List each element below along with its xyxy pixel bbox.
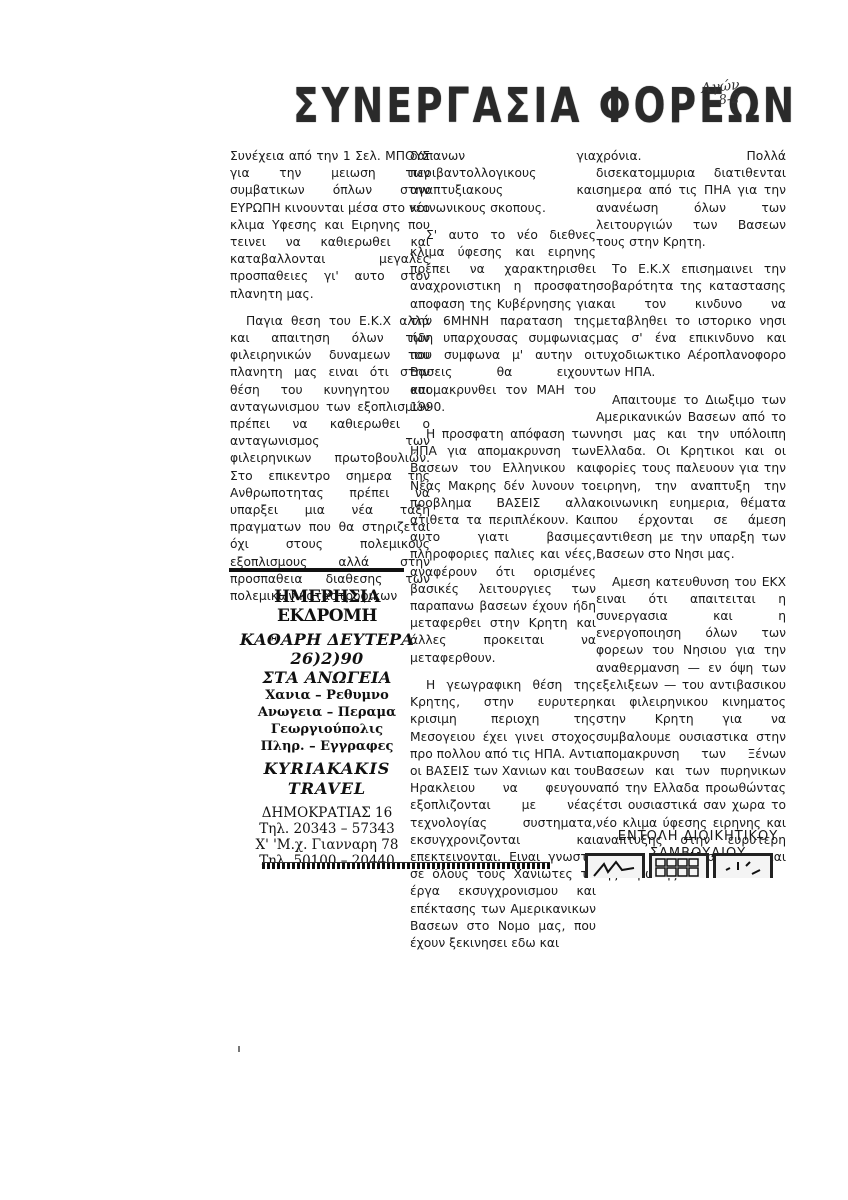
article-paragraph: δαπανων για περιβαντολλογικους αναπτυξια… (410, 148, 596, 217)
ad-address-1: ΔΗΜΟΚΡΑΤΙΑΣ 16 (232, 805, 422, 821)
handwritten-note: Αγών 8-2 (701, 78, 742, 110)
article-column-2: δαπανων για περιβαντολλογικους αναπτυξια… (410, 148, 596, 962)
article-paragraph: Η γεωγραφικη θέση της Κρητης, στην ευρυτ… (410, 677, 596, 952)
article-paragraph: Απαιτουμε το Διωξιμο των Αμερικανικών Βα… (596, 392, 786, 564)
ad-company-line-1: KYRIAKAKIS (232, 759, 422, 779)
ad-company-line-2: TRAVEL (232, 779, 422, 799)
ad-route-line-3: Γεωργιούπολις (232, 721, 422, 738)
signoff-line-1: ΕΝΤΟΛΗ ΔΙΟΙΚΗΤΙΚΟΥ (608, 828, 788, 845)
excursion-advertisement: ΗΜΕΡΗΣΙΑ ΕΚΔΡΟΜΗ ΚΑΘΑΡΗ ΔΕΥΤΕΡΑ 26)2)90 … (232, 588, 422, 869)
column-divider-rule (229, 568, 404, 572)
article-paragraph: Σ' αυτο το νέο διεθνες κλιμα ύφεσης και … (410, 227, 596, 416)
ad-title-line-1: ΗΜΕΡΗΣΙΑ (232, 588, 422, 607)
decorative-wavy-rule (262, 862, 550, 869)
ad-route-line-1: Χανια – Ρεθυμνο (232, 687, 422, 704)
page-headline: ΣΥΝΕΡΓΑΣΙΑ ΦΟΡΕΩΝ (293, 76, 636, 136)
ad-route-line-2: Ανωγεια – Περαμα (232, 704, 422, 721)
ad-destination: ΣΤΑ ΑΝΩΓΕΙΑ (232, 668, 422, 687)
article-column-1: Συνέχεια από την 1 Σελ. ΜΠΟΥΣ για την με… (230, 148, 430, 615)
ad-date-line-1: ΚΑΘΑΡΗ ΔΕΥΤΕΡΑ (232, 630, 422, 649)
ad-date-line-2: 26)2)90 (232, 649, 422, 668)
scatter-marks-icon (713, 853, 773, 878)
chart-line-icon (585, 853, 645, 878)
article-paragraph: Το Ε.Κ.Χ επισημαινει την σοβαρότητα της … (596, 261, 786, 381)
ad-phone-1: Τηλ. 20343 – 57343 (232, 821, 422, 837)
footer-icon-strip (585, 853, 773, 878)
article-paragraph: Παγια θεση του Ε.Κ.Χ αλλά και απαιτηση ό… (230, 313, 430, 605)
article-paragraph: Η προσφατη απόφαση των ΗΠΑ για απομακρυν… (410, 426, 596, 667)
grid-blocks-icon (649, 853, 709, 878)
article-paragraph: Συνέχεια από την 1 Σελ. ΜΠΟΥΣ για την με… (230, 148, 430, 303)
handwritten-note-date: 8-2 (718, 92, 742, 108)
ad-info: Πληρ. – Εγγραφες (232, 738, 422, 755)
ad-address-2: Χ' 'Μ.χ. Γιανναρη 78 (232, 837, 422, 853)
article-paragraph: χρόνια. Πολλά δισεκατομμυρια διατιθενται… (596, 148, 786, 251)
ad-title-line-2: ΕΚΔΡΟΜΗ (232, 607, 422, 626)
scan-speck (238, 1046, 240, 1052)
article-column-3: χρόνια. Πολλά δισεκατομμυρια διατιθενται… (596, 148, 786, 893)
